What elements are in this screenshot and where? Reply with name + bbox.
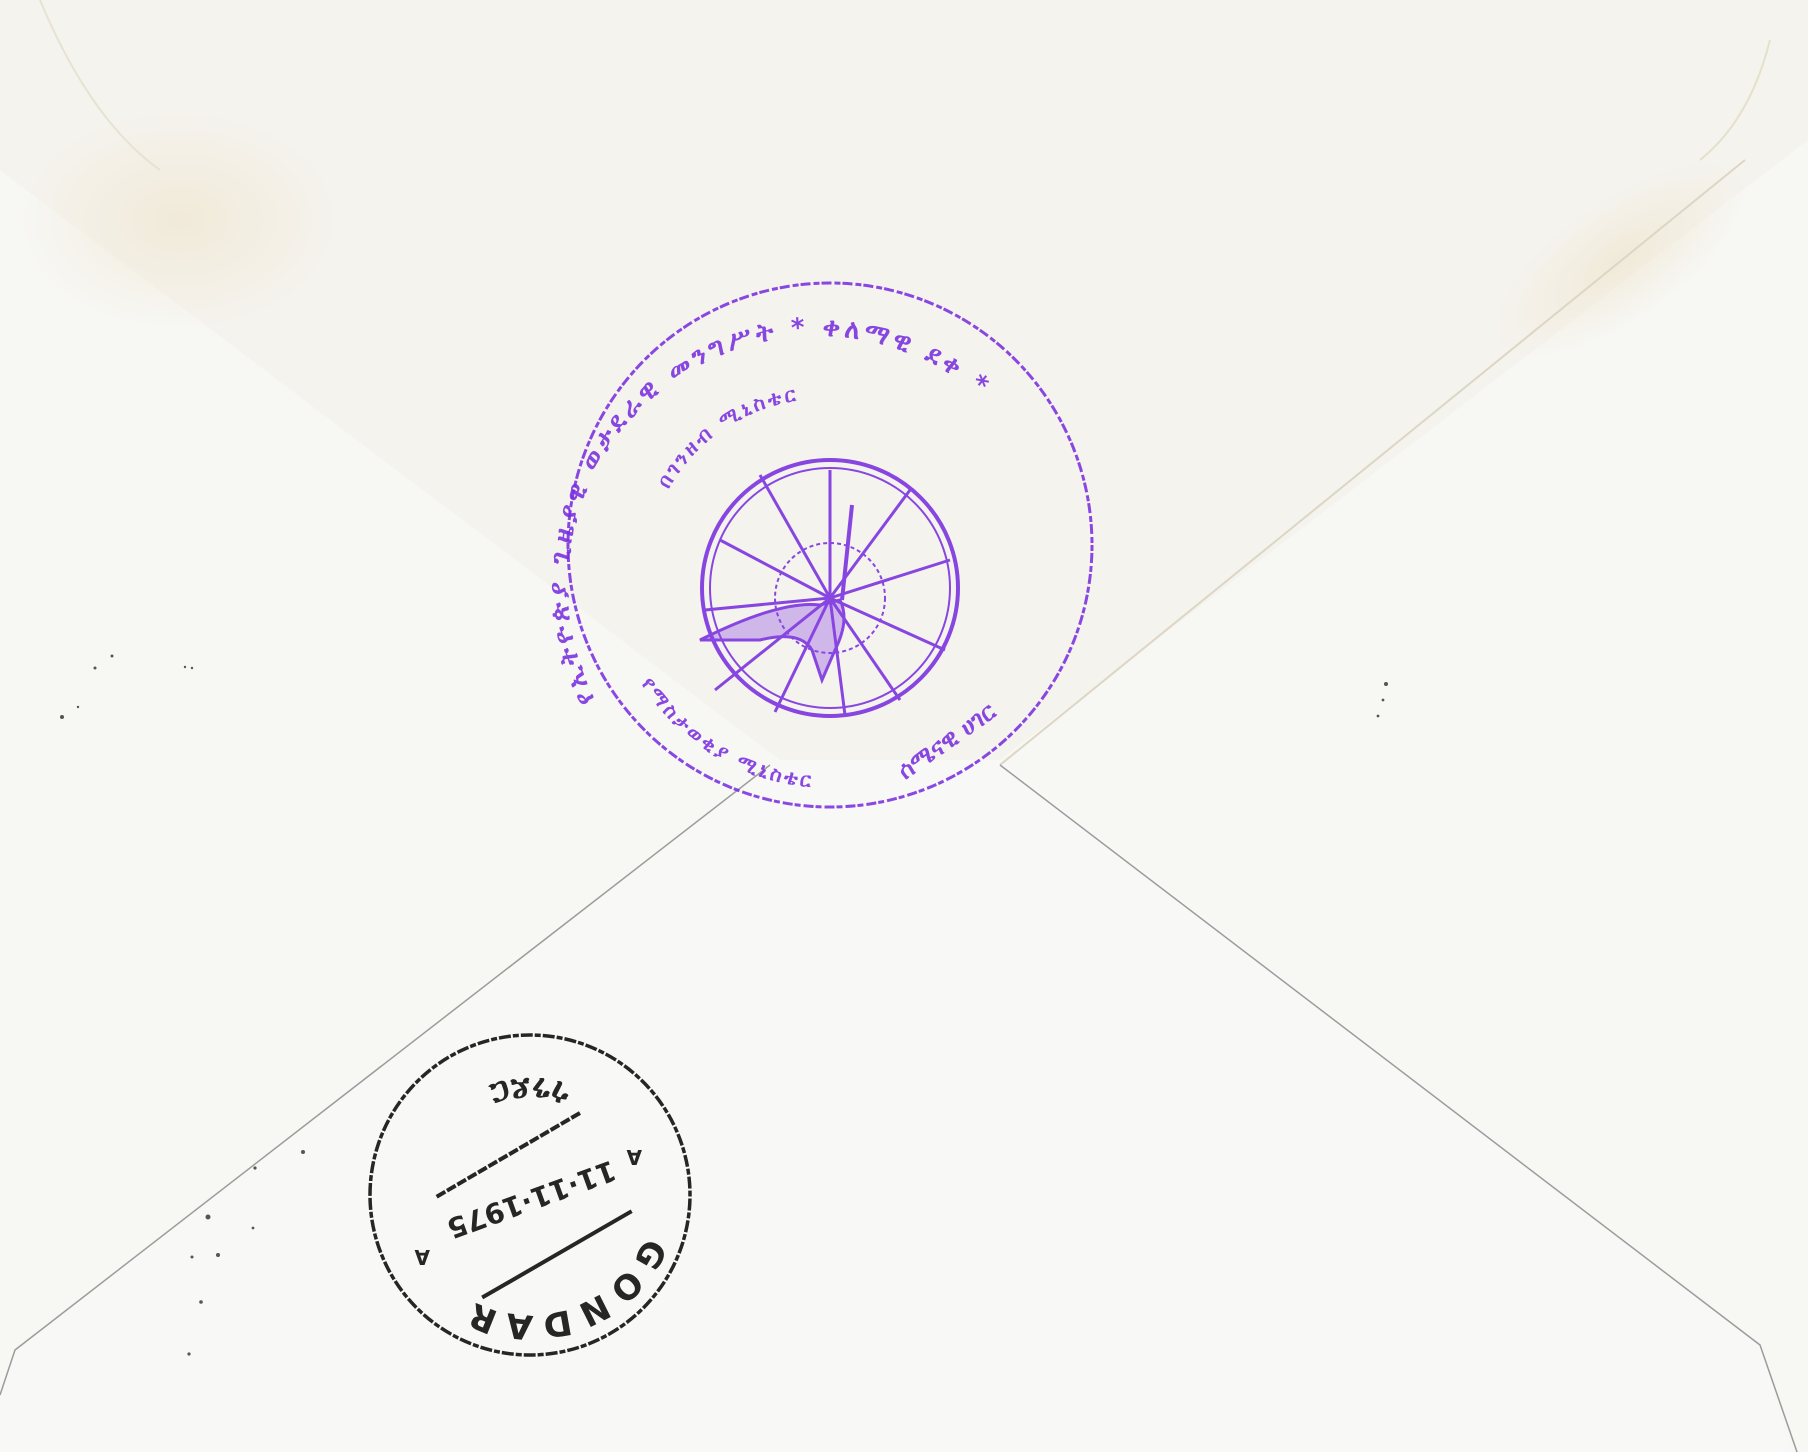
postmark-marker-left: A: [626, 1145, 642, 1169]
postmark-marker-right: A: [414, 1245, 430, 1269]
postmark: GONDAR ጎንደር 11·11·1975 A A: [0, 0, 1808, 1452]
scan-margin: [1808, 0, 1818, 1452]
envelope-back: የኢትዮጵያ ጊዜያዊ ወታደራዊ መንግሥት * ቀለማዊ ደቀ * በገንዘ…: [0, 0, 1808, 1452]
postmark-city-amharic: ጎንደር: [482, 1068, 574, 1116]
